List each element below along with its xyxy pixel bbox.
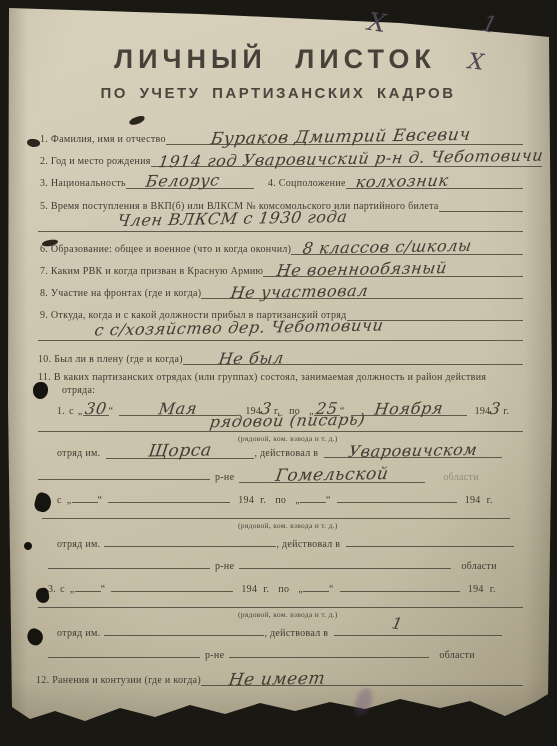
handwritten-value: 1914 год Уваровичский р-н д. Чеботовичи: [149, 150, 543, 169]
handwritten-value: Белорус: [125, 174, 255, 188]
field-line: Не был: [183, 351, 523, 365]
blank-line: [38, 467, 210, 480]
printed-year: 194: [241, 584, 257, 595]
field-line: 8 классов с/школы: [291, 241, 523, 255]
printed-text: по: [278, 584, 289, 595]
field-label: 1. Фамилия, имя и отчество: [40, 134, 166, 145]
role-hint: (рядовой, ком. взвода и т. д.): [238, 434, 338, 443]
quote-mark: “: [329, 584, 334, 595]
entry2-otryad: отряд им. , действовал в: [57, 534, 514, 550]
role-line: [42, 518, 510, 519]
field-line: Белорус: [126, 175, 254, 189]
otryad-line: Щорса: [106, 446, 254, 459]
field-label: 11. В каких партизанских отрядах (или гр…: [38, 372, 486, 383]
month-line: [108, 490, 230, 503]
paper-hole: [24, 542, 32, 550]
field-label: 12. Ранения и контузии (где и когда): [36, 675, 201, 686]
month-line: [111, 579, 233, 592]
day-line: [72, 490, 98, 503]
form-subtitle: ПО УЧЕТУ ПАРТИЗАНСКИХ КАДРОВ: [48, 85, 508, 102]
blank-line: [48, 645, 200, 658]
handwritten-value: Не был: [182, 348, 525, 366]
field-label: 7. Каким РВК и когда призван в Красную А…: [40, 266, 263, 277]
printed-text: р-не: [205, 650, 224, 661]
handwritten-month: Ноября: [350, 402, 468, 415]
handwritten-day: 30: [82, 403, 110, 414]
acted-line: [346, 534, 514, 547]
field-birth: 2. Год и место рождения 1914 год Уварови…: [40, 153, 523, 167]
handwritten-value: Бураков Дмитрий Евсевич: [165, 128, 525, 146]
role-hint: (рядовой, ком. взвода и т. д.): [238, 610, 338, 619]
field-line: [439, 198, 523, 212]
field-line: колхозник: [346, 175, 523, 189]
printed-text: с: [60, 584, 65, 595]
quote-mark: “: [101, 584, 106, 595]
field-front-participation: 8. Участие на фронтах (где и когда) Не у…: [40, 285, 523, 299]
role-hint: (рядовой, ком. взвода и т. д.): [238, 521, 338, 530]
printed-text: р-не: [215, 472, 234, 483]
quote-mark: “: [326, 495, 331, 506]
field-line: Не участвовал: [201, 285, 523, 299]
handwritten-role: рядовой (писарь): [208, 410, 366, 432]
handwritten-otryad: Щорса: [105, 445, 255, 459]
handwritten-value: Не участвовал: [200, 282, 524, 300]
printed-text: по: [275, 495, 286, 506]
field-line: [38, 231, 523, 232]
field-label: 2. Год и место рождения: [40, 156, 151, 167]
printed-text: р-не: [215, 561, 234, 572]
month-line: [340, 579, 460, 592]
printed-text: отряд им.: [57, 539, 100, 550]
field-label: отряда:: [62, 385, 95, 396]
entry2-dates: с „ “ 194 г. по „ “ 194 г.: [57, 490, 493, 506]
printed-text: , действовал в: [264, 628, 328, 639]
entry-number: 3.: [48, 584, 56, 595]
field-captivity: 10. Был ли в плену (где и когда) Не был: [38, 351, 523, 365]
day-line: [300, 490, 326, 503]
printed-text: г.: [490, 584, 496, 595]
field-label: 4. Соцположение: [268, 178, 346, 189]
handwritten-acted-in: Уваровичском: [323, 443, 503, 457]
handwritten-value: Не имеет: [200, 669, 525, 687]
otryad-line: [104, 623, 264, 636]
day-line: [75, 579, 101, 592]
handwritten-year-digit: 3: [490, 403, 503, 415]
field-line: Бураков Дмитрий Евсевич: [166, 131, 523, 145]
otryad-line: [104, 534, 276, 547]
entry1-otryad: отряд им. Щорса , действовал в Уваровичс…: [57, 445, 502, 459]
entry3-region: р-не области: [48, 645, 475, 661]
printed-text: с: [57, 495, 62, 506]
field-line: Не имеет: [201, 672, 523, 686]
entry3-otryad: отряд им. , действовал в: [57, 623, 502, 639]
field-label: 3. Национальность: [40, 178, 126, 189]
region-line: [229, 645, 429, 658]
printed-year: 194: [468, 584, 484, 595]
entry2-region: р-не области: [48, 556, 497, 572]
printed-text: отряд им.: [57, 628, 100, 639]
quote-mark: “: [98, 495, 103, 506]
printed-text: отряд им.: [57, 448, 100, 459]
field-line: 1914 год Уваровичский р-н д. Чеботовичи: [151, 153, 543, 167]
month-line: Ноября: [351, 403, 467, 416]
field-line: [38, 340, 523, 341]
field-rvk-draft: 7. Каким РВК и когда призван в Красную А…: [40, 263, 523, 277]
entry-number: 1.: [57, 406, 65, 417]
printed-text: г.: [260, 495, 266, 506]
field-label: 6. Образование: общее и военное (что и к…: [40, 244, 291, 255]
month-line: [337, 490, 457, 503]
printed-text: с: [69, 406, 74, 417]
blank-line: [48, 556, 210, 569]
day-line: [303, 579, 329, 592]
printed-text: г.: [263, 584, 269, 595]
acted-line: [334, 623, 502, 636]
handwritten-value: Не военнообязный: [262, 261, 524, 278]
printed-text: области: [443, 472, 479, 483]
handwritten-value: 8 классов с/школы: [290, 239, 524, 255]
handwritten-value: колхозник: [345, 173, 524, 188]
quote-mark: “: [109, 406, 114, 417]
printed-year: 194: [465, 495, 481, 506]
field-nationality-social: 3. Национальность Белорус 4. Соцположени…: [40, 175, 523, 189]
entry3-dates: 3. с „ “ 194 г. по „ “ 194 г.: [48, 579, 496, 595]
pen-x-mark-top: Х: [366, 7, 388, 38]
printed-text: области: [461, 561, 497, 572]
entry1-region: р-не Гомельской области: [38, 467, 479, 483]
printed-text: г.: [503, 406, 509, 417]
scanned-document: Х 1 Х ЛИЧНЫЙ ЛИСТОК ПО УЧЕТУ ПАРТИЗАНСКИ…: [0, 0, 557, 746]
region-line: [239, 556, 451, 569]
field-label: 8. Участие на фронтах (где и когда): [40, 288, 201, 299]
role-line: [38, 607, 523, 608]
handwritten-region: Гомельской: [238, 468, 426, 482]
handwritten-value: Член ВЛКСМ с 1930 года: [116, 207, 349, 230]
printed-text: , действовал в: [276, 539, 340, 550]
field-surname: 1. Фамилия, имя и отчество Бураков Дмитр…: [40, 131, 523, 145]
printed-text: , действовал в: [254, 448, 318, 459]
field-wounds: 12. Ранения и контузии (где и когда) Не …: [36, 672, 523, 686]
printed-text: области: [439, 650, 475, 661]
form-title: ЛИЧНЫЙ ЛИСТОК: [75, 44, 475, 75]
role-line: [38, 431, 523, 432]
acted-line: Уваровичском: [324, 445, 502, 458]
printed-year: 194: [238, 495, 254, 506]
field-line: Не военнообязный: [263, 263, 523, 277]
region-line: Гомельской: [239, 470, 425, 483]
day-line: 30: [83, 403, 109, 416]
field-education: 6. Образование: общее и военное (что и к…: [40, 241, 523, 255]
field-label: 10. Был ли в плену (где и когда): [38, 354, 183, 365]
printed-text: г.: [487, 495, 493, 506]
